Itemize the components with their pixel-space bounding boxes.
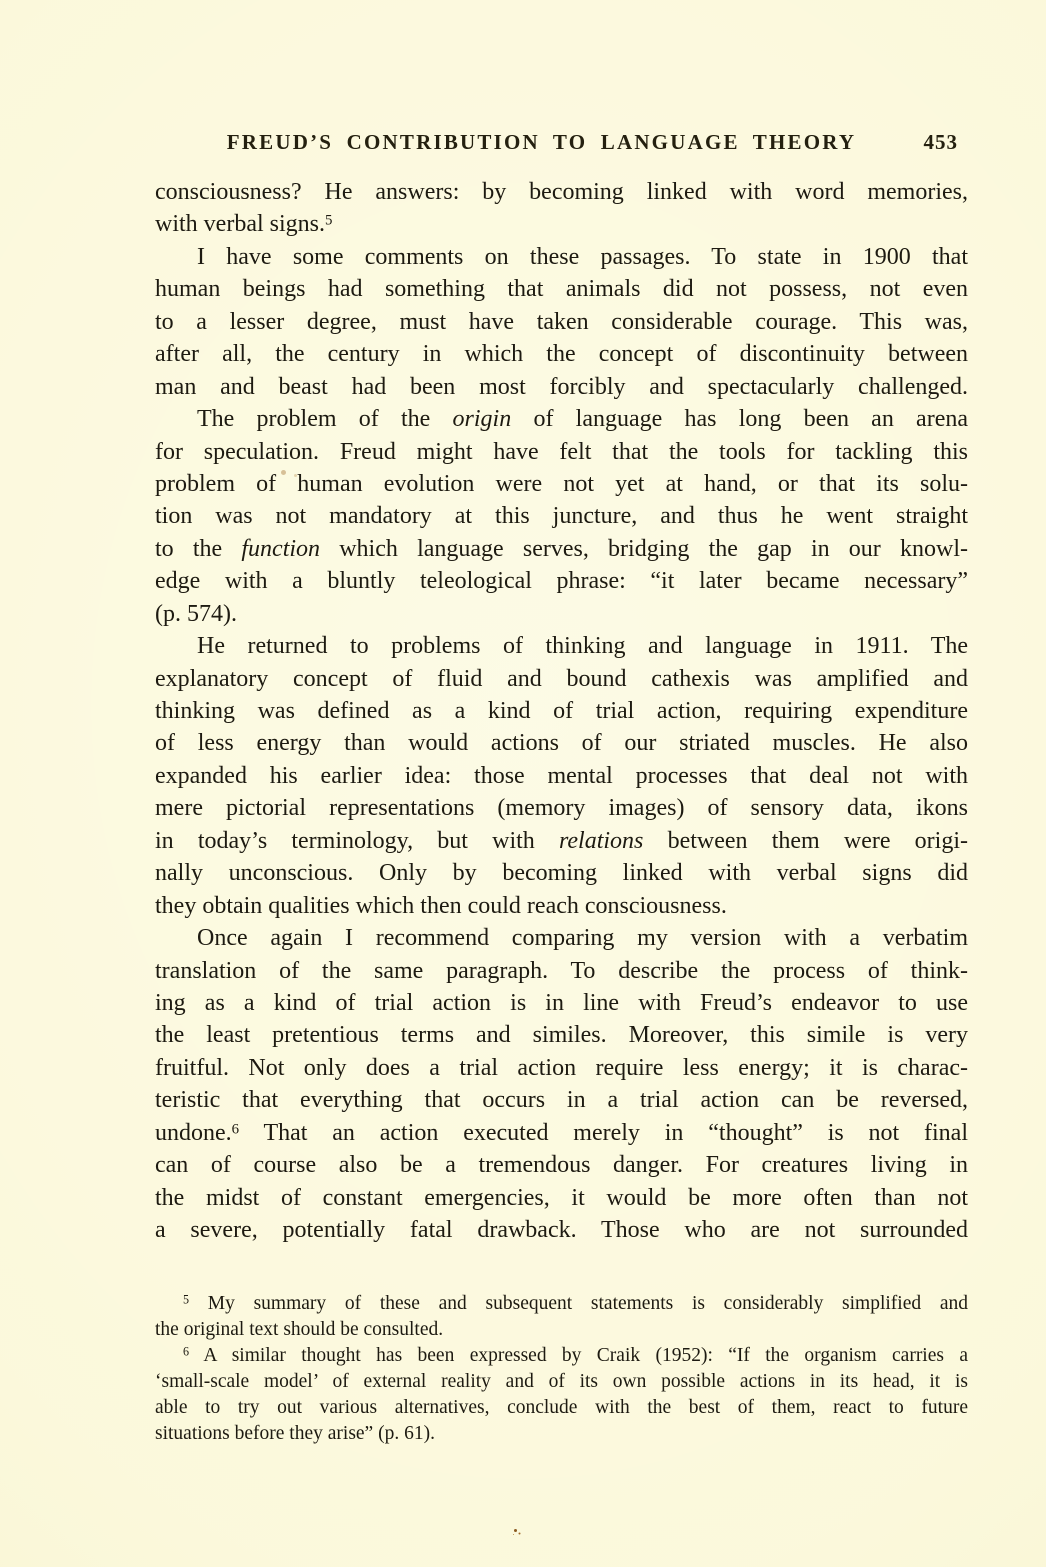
text-line: edge with a bluntly teleological phrase:… [155, 565, 968, 597]
text-line: (p. 574). [155, 598, 968, 630]
text-line: ing as a kind of trial action is in line… [155, 987, 968, 1019]
text-line: thinking was defined as a kind of trial … [155, 695, 968, 727]
text-line: ‘small-scale model’ of external reality … [155, 1369, 968, 1395]
text-line: can of course also be a tremendous dange… [155, 1149, 968, 1181]
paper-speck [514, 1529, 517, 1532]
page-number: 453 [924, 130, 959, 155]
text-line: problem of human evolution were not yet … [155, 468, 968, 500]
body-text: consciousness? He answers: by becoming l… [155, 176, 968, 1246]
text-line: they obtain qualities which then could r… [155, 890, 968, 922]
text-line: mere pictorial representations (memory i… [155, 792, 968, 824]
text-line: fruitful. Not only does a trial action r… [155, 1052, 968, 1084]
text-line: tion was not mandatory at this juncture,… [155, 500, 968, 532]
running-header-title: FREUD’S CONTRIBUTION TO LANGUAGE THEORY [155, 130, 928, 155]
text-line: 5 My summary of these and subsequent sta… [155, 1291, 968, 1317]
text-line: a severe, potentially fatal drawback. Th… [155, 1214, 968, 1246]
text-line: nally unconscious. Only by becoming link… [155, 857, 968, 889]
text-line: teristic that everything that occurs in … [155, 1084, 968, 1116]
text-line: after all, the century in which the conc… [155, 338, 968, 370]
paper-speck [281, 470, 286, 475]
text-line: of less energy than would actions of our… [155, 727, 968, 759]
text-line: Once again I recommend comparing my vers… [155, 922, 968, 954]
text-line: The problem of the origin of language ha… [155, 403, 968, 435]
text-line: the midst of constant emergencies, it wo… [155, 1182, 968, 1214]
text-line: translation of the same paragraph. To de… [155, 955, 968, 987]
running-header: FREUD’S CONTRIBUTION TO LANGUAGE THEORY … [155, 130, 968, 160]
text-line: able to try out various alternatives, co… [155, 1395, 968, 1421]
text-line: expanded his earlier idea: those mental … [155, 760, 968, 792]
text-line: to a lesser degree, must have taken cons… [155, 306, 968, 338]
text-line: man and beast had been most forcibly and… [155, 371, 968, 403]
text-line: consciousness? He answers: by becoming l… [155, 176, 968, 208]
text-line: I have some comments on these passages. … [155, 241, 968, 273]
text-line: undone.6 That an action executed merely … [155, 1117, 968, 1149]
text-line: explanatory concept of fluid and bound c… [155, 663, 968, 695]
text-line: He returned to problems of thinking and … [155, 630, 968, 662]
text-line: in today’s terminology, but with relatio… [155, 825, 968, 857]
text-line: human beings had something that animals … [155, 273, 968, 305]
text-line: 6 A similar thought has been expressed b… [155, 1343, 968, 1369]
footnotes: 5 My summary of these and subsequent sta… [155, 1291, 968, 1447]
text-line: for speculation. Freud might have felt t… [155, 436, 968, 468]
text-line: the original text should be consulted. [155, 1317, 968, 1343]
text-line: with verbal signs.5 [155, 208, 968, 240]
text-line: situations before they arise” (p. 61). [155, 1421, 968, 1447]
text-line: to the function which language serves, b… [155, 533, 968, 565]
text-line: the least pretentious terms and similes.… [155, 1019, 968, 1051]
